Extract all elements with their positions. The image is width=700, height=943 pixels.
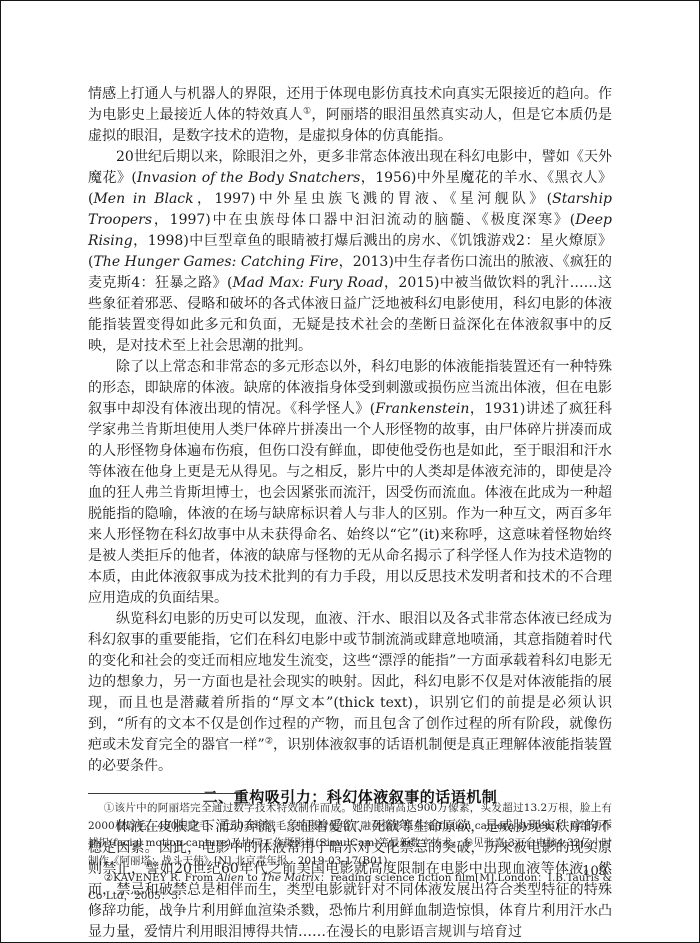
footnote-1: ①该片中的阿丽塔完全通过数字技术特效制作而成。她的眼睛高达900万像素，头发超过… [88,800,612,870]
footnote-divider [88,793,245,794]
page-number: 109 [582,864,607,879]
body-paragraph: 纵览科幻电影的历史可以发现，血液、汗水、眼泪以及各式非常态体液已经成为科幻叙事的… [88,609,612,777]
body-paragraph: 情感上打通人与机器人的界限，还用于体现电影仿真技术向真实无限接近的趋向。作为电影… [88,84,612,147]
body-paragraph: 20世纪后期以来，除眼泪之外，更多非常态体液出现在科幻电影中，譬如《天外魔花》(… [88,147,612,357]
footnote-2: ②KAVENEY R. From Alien to The Matrix：rea… [88,870,612,905]
footnotes-block: ①该片中的阿丽塔完全通过数字技术特效制作而成。她的眼睛高达900万像素，头发超过… [88,793,612,905]
body-paragraph: 除了以上常态和非常态的多元形态以外，科幻电影的体液能指装置还有一种特殊的形态，即… [88,357,612,609]
